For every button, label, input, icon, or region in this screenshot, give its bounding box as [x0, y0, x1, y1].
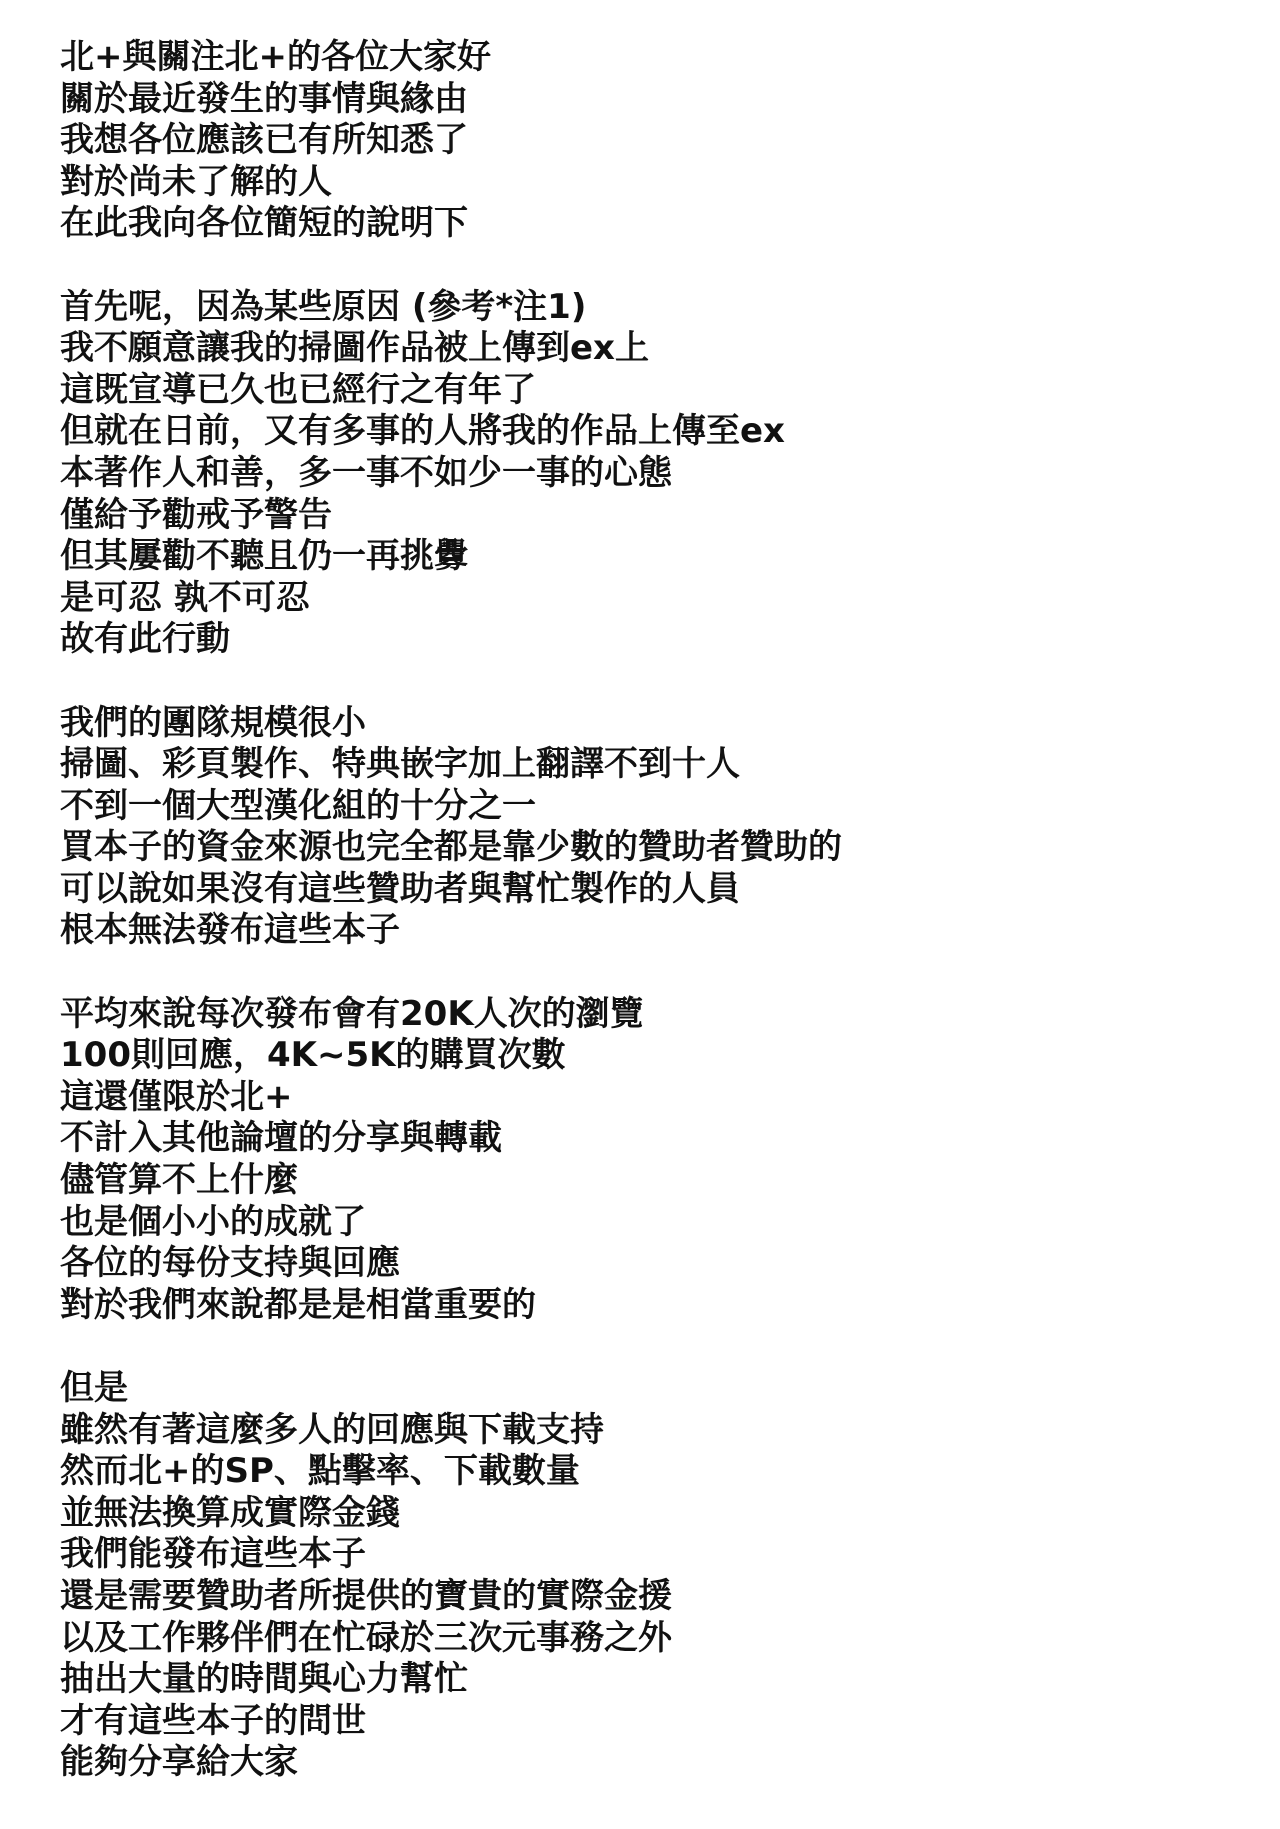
paragraph-however: 但是 雖然有著這麼多人的回應與下載支持 然而北+的SP、點擊率、下載數量 並無法… [60, 1368, 1240, 1784]
paragraph-reason: 首先呢，因為某些原因 (參考*注1) 我不願意讓我的掃圖作品被上傳到ex上 這既… [60, 287, 1240, 661]
text-line: 我想各位應該已有所知悉了 [60, 120, 1240, 162]
text-line: 是可忍 孰不可忍 [60, 578, 1240, 620]
text-line: 根本無法發布這些本子 [60, 910, 1240, 952]
text-line: 買本子的資金來源也完全都是靠少數的贊助者贊助的 [60, 827, 1240, 869]
text-line: 但其屢勸不聽且仍一再挑釁 [60, 536, 1240, 578]
text-line: 對於尚未了解的人 [60, 162, 1240, 204]
text-line: 關於最近發生的事情與緣由 [60, 79, 1240, 121]
text-line: 才有這些本子的問世 [60, 1701, 1240, 1743]
paragraph-statistics: 平均來說每次發布會有20K人次的瀏覽 100則回應，4K~5K的購買次數 這還僅… [60, 994, 1240, 1327]
text-line: 還是需要贊助者所提供的寶貴的實際金援 [60, 1576, 1240, 1618]
text-line: 不計入其他論壇的分享與轉載 [60, 1118, 1240, 1160]
text-line: 100則回應，4K~5K的購買次數 [60, 1035, 1240, 1077]
text-line: 但就在日前，又有多事的人將我的作品上傳至ex [60, 411, 1240, 453]
text-line: 儘管算不上什麼 [60, 1160, 1240, 1202]
text-line: 以及工作夥伴們在忙碌於三次元事務之外 [60, 1618, 1240, 1660]
text-line: 我們的團隊規模很小 [60, 703, 1240, 745]
text-line: 但是 [60, 1368, 1240, 1410]
text-line: 也是個小小的成就了 [60, 1202, 1240, 1244]
text-line: 對於我們來說都是是相當重要的 [60, 1285, 1240, 1327]
text-line: 我不願意讓我的掃圖作品被上傳到ex上 [60, 328, 1240, 370]
paragraph-team: 我們的團隊規模很小 掃圖、彩頁製作、特典嵌字加上翻譯不到十人 不到一個大型漢化組… [60, 703, 1240, 953]
text-line: 雖然有著這麼多人的回應與下載支持 [60, 1410, 1240, 1452]
text-line: 首先呢，因為某些原因 (參考*注1) [60, 287, 1240, 329]
text-line: 平均來說每次發布會有20K人次的瀏覽 [60, 994, 1240, 1036]
text-line: 我們能發布這些本子 [60, 1534, 1240, 1576]
text-line: 本著作人和善，多一事不如少一事的心態 [60, 453, 1240, 495]
text-line: 這還僅限於北+ [60, 1077, 1240, 1119]
text-line: 不到一個大型漢化組的十分之一 [60, 786, 1240, 828]
announcement-document: 北+與關注北+的各位大家好 關於最近發生的事情與緣由 我想各位應該已有所知悉了 … [60, 37, 1240, 1784]
paragraph-greeting: 北+與關注北+的各位大家好 關於最近發生的事情與緣由 我想各位應該已有所知悉了 … [60, 37, 1240, 245]
text-line: 北+與關注北+的各位大家好 [60, 37, 1240, 79]
text-line: 各位的每份支持與回應 [60, 1243, 1240, 1285]
text-line: 故有此行動 [60, 619, 1240, 661]
text-line: 抽出大量的時間與心力幫忙 [60, 1659, 1240, 1701]
text-line: 在此我向各位簡短的說明下 [60, 203, 1240, 245]
text-line: 僅給予勸戒予警告 [60, 495, 1240, 537]
text-line: 並無法換算成實際金錢 [60, 1493, 1240, 1535]
text-line: 然而北+的SP、點擊率、下載數量 [60, 1451, 1240, 1493]
text-line: 能夠分享給大家 [60, 1742, 1240, 1784]
text-line: 可以說如果沒有這些贊助者與幫忙製作的人員 [60, 869, 1240, 911]
text-line: 這既宣導已久也已經行之有年了 [60, 370, 1240, 412]
text-line: 掃圖、彩頁製作、特典嵌字加上翻譯不到十人 [60, 744, 1240, 786]
